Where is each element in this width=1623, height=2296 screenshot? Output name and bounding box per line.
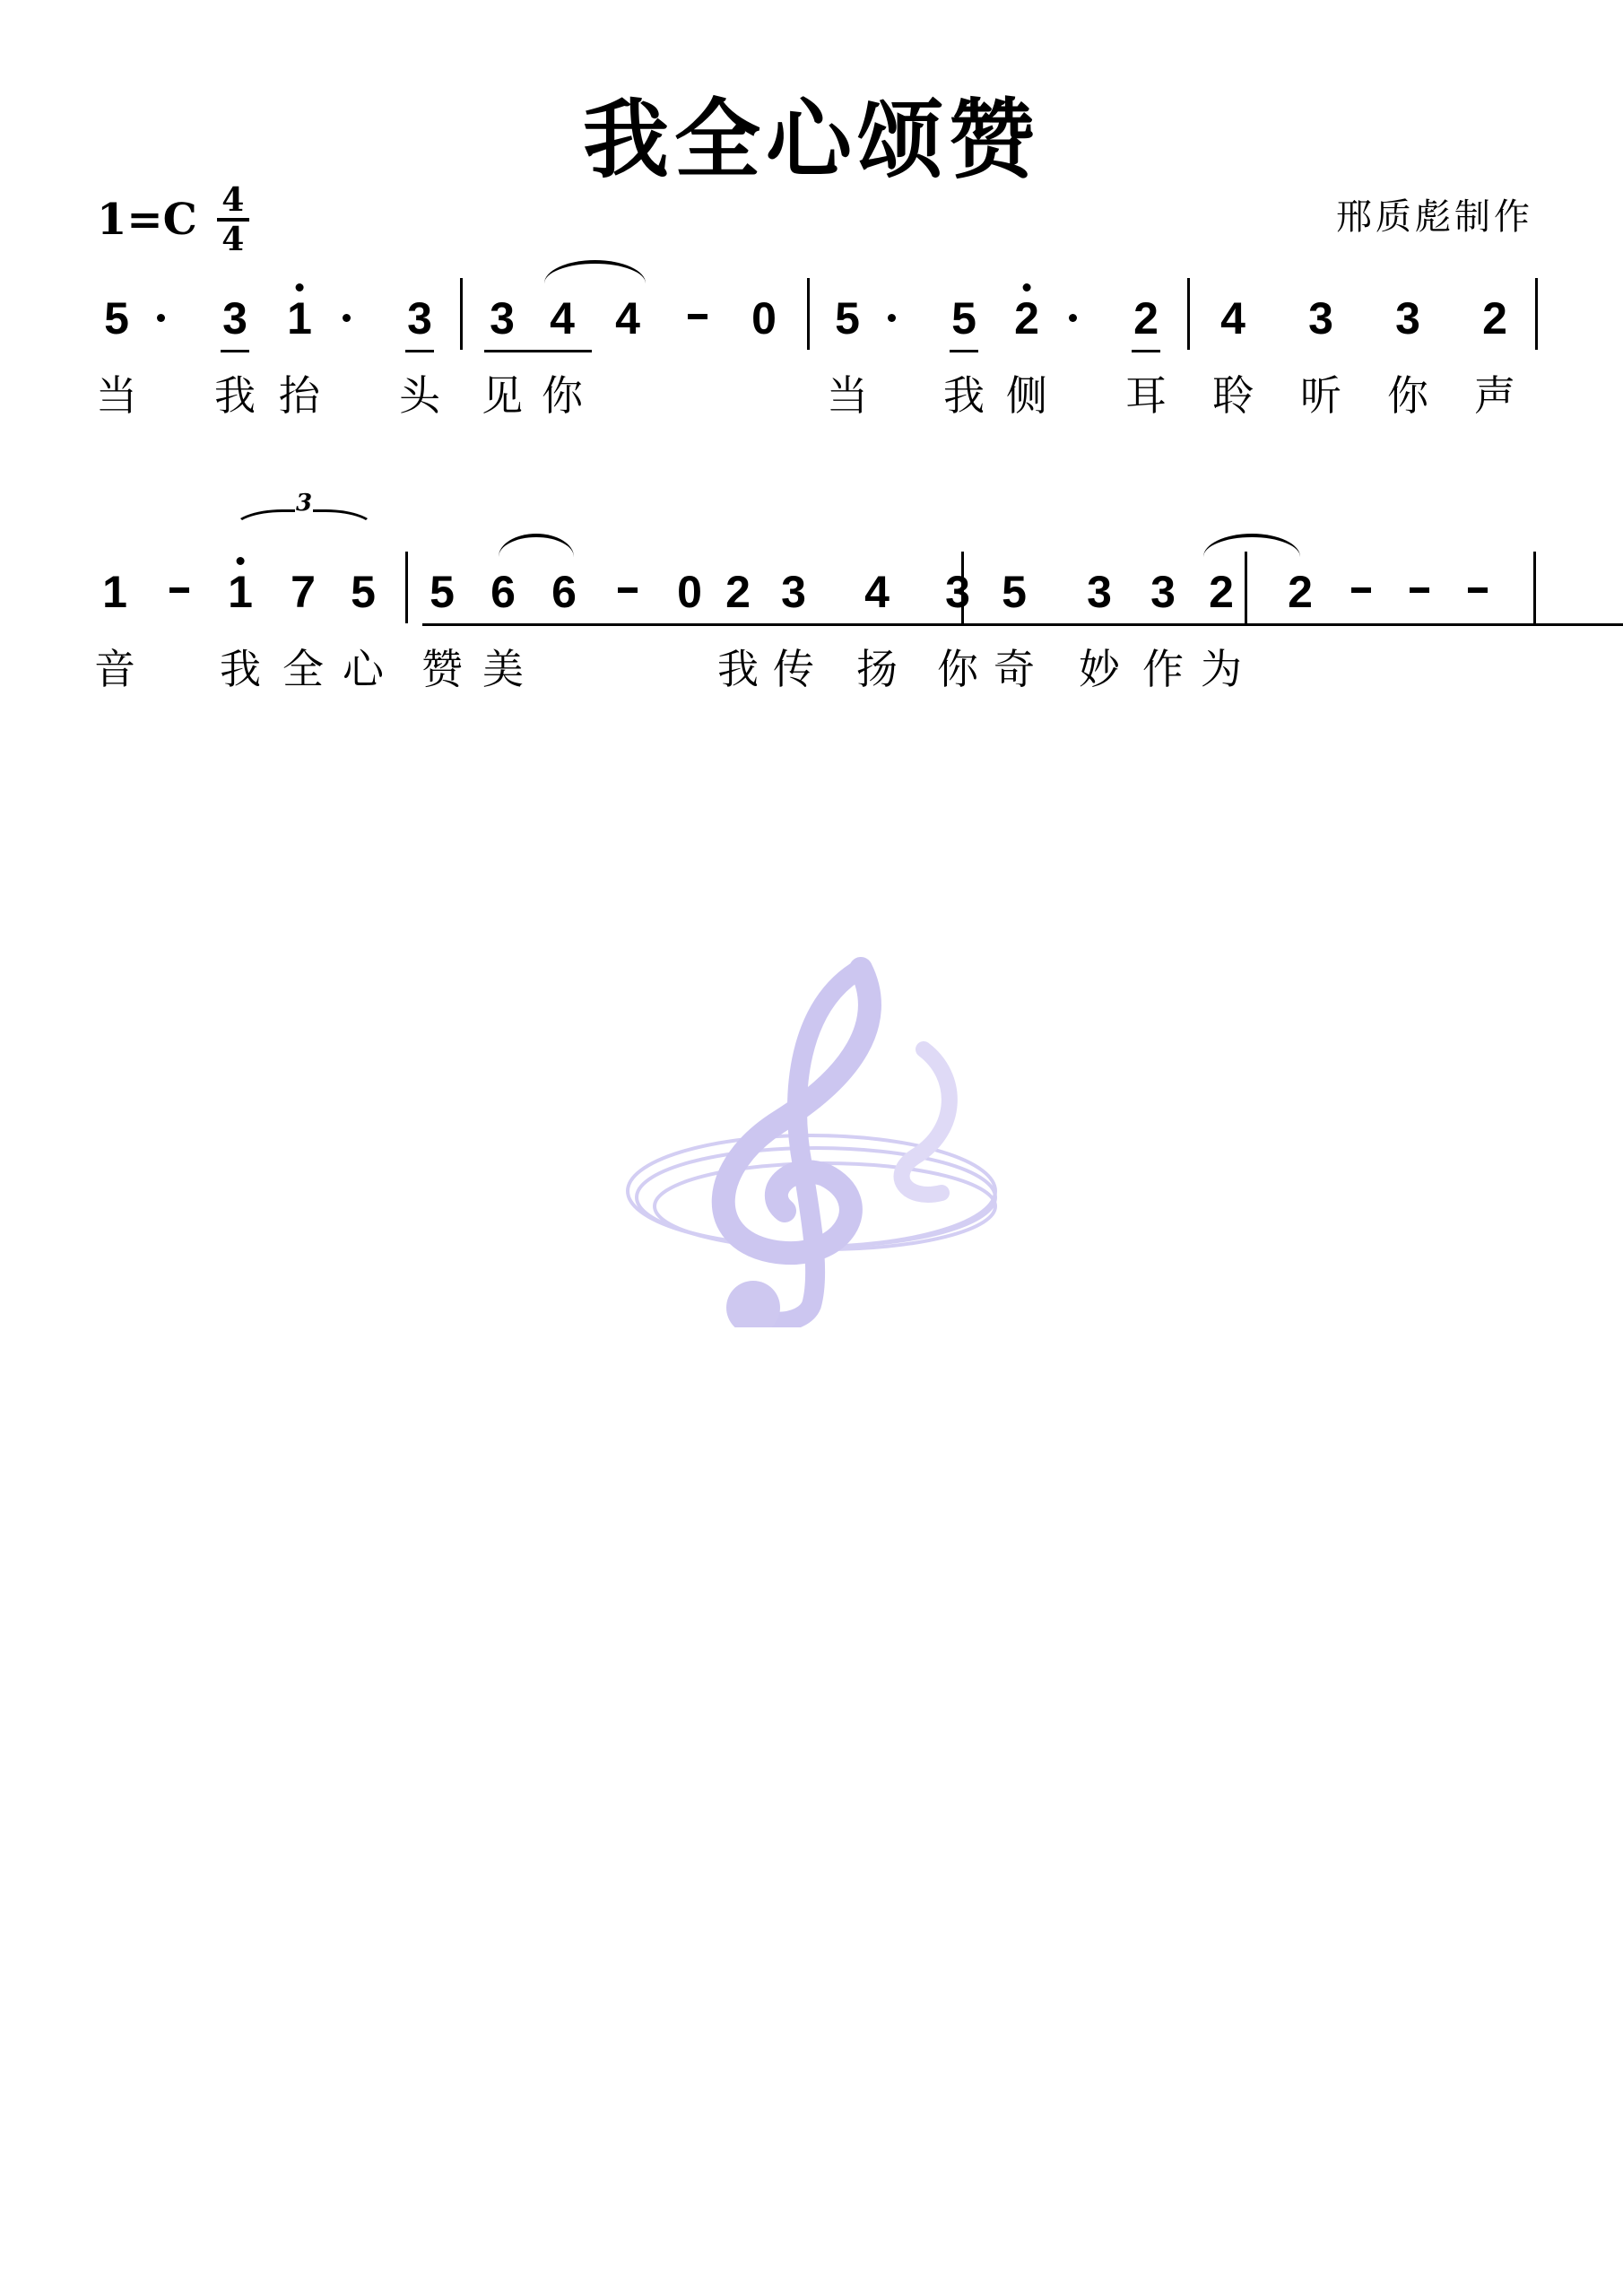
note: 5 — [104, 296, 129, 341]
lyric-char: 见 — [482, 375, 523, 416]
note: 3 — [945, 570, 970, 614]
key-label: 1=C — [97, 195, 197, 245]
lyric-char: 抬 — [279, 375, 320, 416]
lyric-char: 当 — [827, 375, 868, 416]
note: 3 — [1087, 570, 1112, 614]
time-top: 4 — [221, 184, 244, 216]
augmentation-dot — [888, 314, 896, 322]
barline — [1533, 552, 1536, 623]
barline — [961, 552, 964, 623]
lyric-char: 音 — [94, 648, 135, 690]
note: 5 — [1002, 570, 1027, 614]
extension-dash — [1410, 587, 1429, 593]
note: 0 — [677, 570, 702, 614]
extension-dash — [688, 314, 707, 319]
lyric-char: 妙 — [1079, 648, 1120, 690]
lyric-char: 我 — [214, 375, 256, 416]
note: 3 — [1308, 296, 1333, 341]
score-row: 5313344055224332当我抬头见你当我侧耳聆听你声 — [0, 287, 1623, 466]
note: 2 — [1133, 296, 1159, 341]
extension-dash — [1351, 587, 1371, 593]
extension-dash — [1468, 587, 1488, 593]
extension-dash — [618, 587, 638, 593]
augmentation-dot — [1069, 314, 1077, 322]
barline — [1245, 552, 1247, 623]
note: 5 — [835, 296, 860, 341]
note: 1 — [287, 296, 312, 341]
lyric-char: 我 — [717, 648, 759, 690]
barline — [405, 552, 408, 623]
author-credit: 邢质彪制作 — [1336, 188, 1533, 239]
treble-clef-icon — [619, 951, 1031, 1327]
note: 5 — [430, 570, 455, 614]
lyric-char: 全 — [282, 648, 324, 690]
note: 3 — [490, 296, 515, 341]
note: 3 — [1395, 296, 1420, 341]
lyric-char: 传 — [773, 648, 814, 690]
underline — [1163, 623, 1623, 626]
note: 3 — [781, 570, 806, 614]
lyric-char: 赞 — [421, 648, 463, 690]
underline — [484, 350, 592, 352]
note: 5 — [951, 296, 976, 341]
time-bottom: 4 — [221, 223, 244, 256]
barline — [460, 278, 463, 350]
lyric-char: 你 — [937, 648, 978, 690]
lyric-char: 声 — [1474, 375, 1515, 416]
note: 1 — [228, 570, 253, 614]
lyric-char: 头 — [399, 375, 440, 416]
lyric-char: 奇 — [994, 648, 1035, 690]
lyric-char: 为 — [1201, 648, 1242, 690]
time-signature: 4 4 — [217, 184, 249, 256]
lyric-char: 你 — [1387, 375, 1428, 416]
lyric-char: 美 — [482, 648, 524, 690]
underline — [405, 350, 434, 352]
extension-dash — [169, 587, 189, 593]
note: 4 — [615, 296, 640, 341]
note: 3 — [407, 296, 432, 341]
lyric-char: 心 — [343, 648, 384, 690]
slur — [499, 534, 574, 557]
song-title: 我全心颂赞 — [0, 97, 1623, 183]
note: 4 — [864, 570, 890, 614]
note: 6 — [551, 570, 577, 614]
note: 6 — [490, 570, 516, 614]
note: 2 — [1209, 570, 1234, 614]
lyric-char: 侧 — [1006, 375, 1047, 416]
note: 0 — [751, 296, 777, 341]
lyric-char: 当 — [96, 375, 137, 416]
barline — [807, 278, 810, 350]
key-signature: 1=C 4 4 — [97, 184, 249, 256]
slur — [544, 260, 646, 283]
note: 1 — [102, 570, 127, 614]
lyric-char: 聆 — [1212, 375, 1254, 416]
underline — [950, 350, 978, 352]
underline — [1132, 350, 1160, 352]
augmentation-dot — [157, 314, 165, 322]
lyric-char: 听 — [1300, 375, 1341, 416]
lyric-char: 作 — [1142, 648, 1184, 690]
lyric-char: 你 — [542, 375, 583, 416]
note: 5 — [351, 570, 376, 614]
underline — [221, 350, 249, 352]
barline — [1187, 278, 1190, 350]
lyric-char: 扬 — [856, 648, 898, 690]
note: 4 — [550, 296, 575, 341]
note: 2 — [1288, 570, 1313, 614]
score-row: 117556602343533223音我全心赞美我传扬你奇妙作为 — [0, 561, 1623, 740]
augmentation-dot — [343, 314, 351, 322]
note: 7 — [291, 570, 316, 614]
note: 2 — [725, 570, 751, 614]
note: 4 — [1220, 296, 1245, 341]
lyric-char: 我 — [943, 375, 985, 416]
lyric-char: 我 — [220, 648, 261, 690]
barline — [1535, 278, 1538, 350]
note: 2 — [1482, 296, 1507, 341]
note: 2 — [1014, 296, 1039, 341]
note: 3 — [222, 296, 247, 341]
triplet-bracket: 3 — [231, 502, 377, 538]
slur — [1203, 534, 1300, 557]
lyric-char: 耳 — [1125, 375, 1167, 416]
note: 3 — [1150, 570, 1176, 614]
